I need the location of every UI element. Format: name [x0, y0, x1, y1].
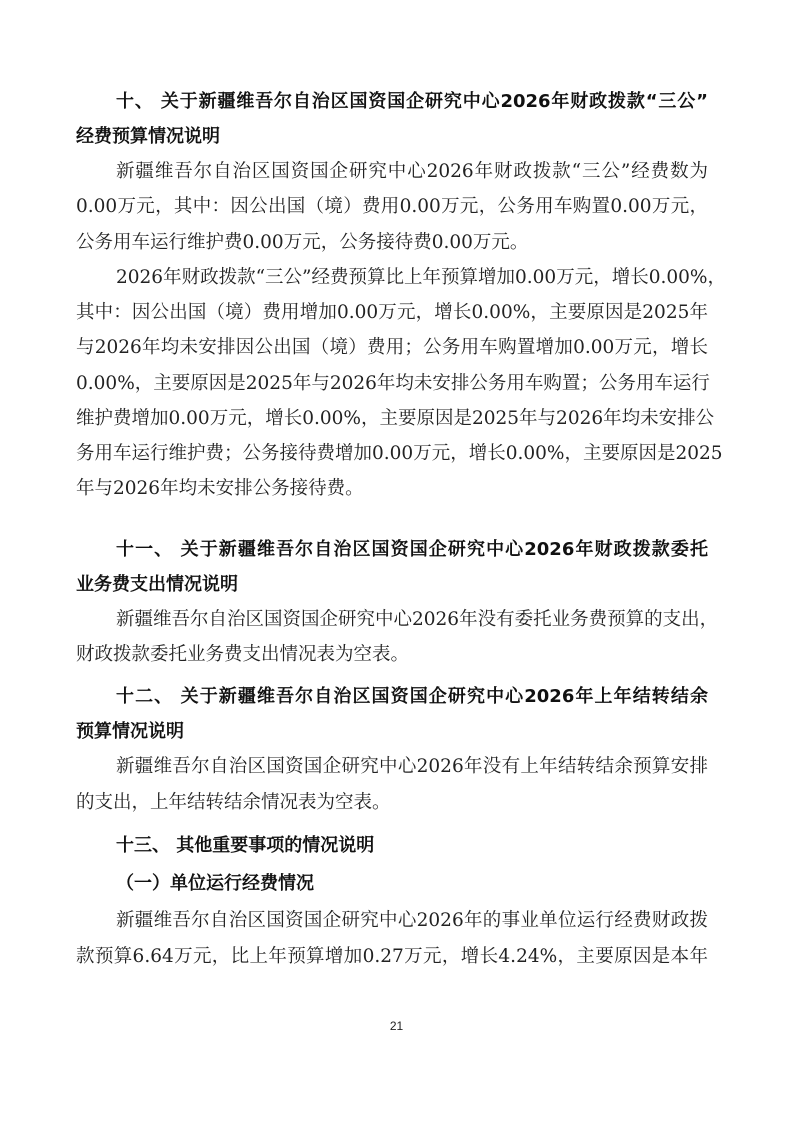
section-11-heading-line-1: 十一、 关于新疆维吾尔自治区国资国企研究中心2026年财政拨款委托 [116, 535, 708, 565]
paragraph-line: 的支出，上年结转结余情况表为空表。 [76, 788, 708, 818]
paragraph-line: 新疆维吾尔自治区国资国企研究中心2026年财政拨款“三公”经费数为 [116, 157, 708, 187]
section-12-heading-line-1: 十二、 关于新疆维吾尔自治区国资国企研究中心2026年上年结转结余 [116, 682, 708, 712]
document-page: 十、 关于新疆维吾尔自治区国资国企研究中心2026年财政拨款“三公” 经费预算情… [0, 0, 793, 1122]
paragraph-line: 新疆维吾尔自治区国资国企研究中心2026年没有委托业务费预算的支出， [116, 605, 708, 635]
section-10-heading-line-2: 经费预算情况说明 [76, 122, 708, 152]
paragraph-line: 新疆维吾尔自治区国资国企研究中心2026年的事业单位运行经费财政拨 [116, 906, 708, 936]
page-number: 21 [0, 1019, 793, 1033]
paragraph-line: 维护费增加0.00万元，增长0.00%，主要原因是2025年与2026年均未安排… [76, 404, 708, 434]
paragraph-line: 与2026年均未安排因公出国（境）费用；公务用车购置增加0.00万元，增长 [76, 333, 708, 363]
paragraph-line: 年与2026年均未安排公务接待费。 [76, 474, 708, 504]
paragraph-line: 公务用车运行维护费0.00万元，公务接待费0.00万元。 [76, 228, 708, 258]
section-12-heading-line-2: 预算情况说明 [76, 717, 708, 747]
paragraph-line: 财政拨款委托业务费支出情况表为空表。 [76, 640, 708, 670]
section-13-heading: 十三、 其他重要事项的情况说明 [116, 831, 708, 861]
paragraph-line: 2026年财政拨款“三公”经费预算比上年预算增加0.00万元，增长0.00%， [116, 263, 708, 293]
section-10-heading-line-1: 十、 关于新疆维吾尔自治区国资国企研究中心2026年财政拨款“三公” [116, 87, 708, 117]
paragraph-line: 0.00%，主要原因是2025年与2026年均未安排公务用车购置；公务用车运行 [76, 369, 708, 399]
paragraph-line: 款预算6.64万元，比上年预算增加0.27万元，增长4.24%，主要原因是本年 [76, 942, 708, 972]
paragraph-line: 新疆维吾尔自治区国资国企研究中心2026年没有上年结转结余预算安排 [116, 752, 708, 782]
section-11-heading-line-2: 业务费支出情况说明 [76, 570, 708, 600]
paragraph-line: 其中：因公出国（境）费用增加0.00万元，增长0.00%，主要原因是2025年 [76, 298, 708, 328]
paragraph-line: 0.00万元，其中：因公出国（境）费用0.00万元，公务用车购置0.00万元， [76, 192, 708, 222]
section-13-subheading: （一）单位运行经费情况 [116, 869, 708, 899]
paragraph-line: 务用车运行维护费；公务接待费增加0.00万元，增长0.00%，主要原因是2025 [76, 439, 708, 469]
